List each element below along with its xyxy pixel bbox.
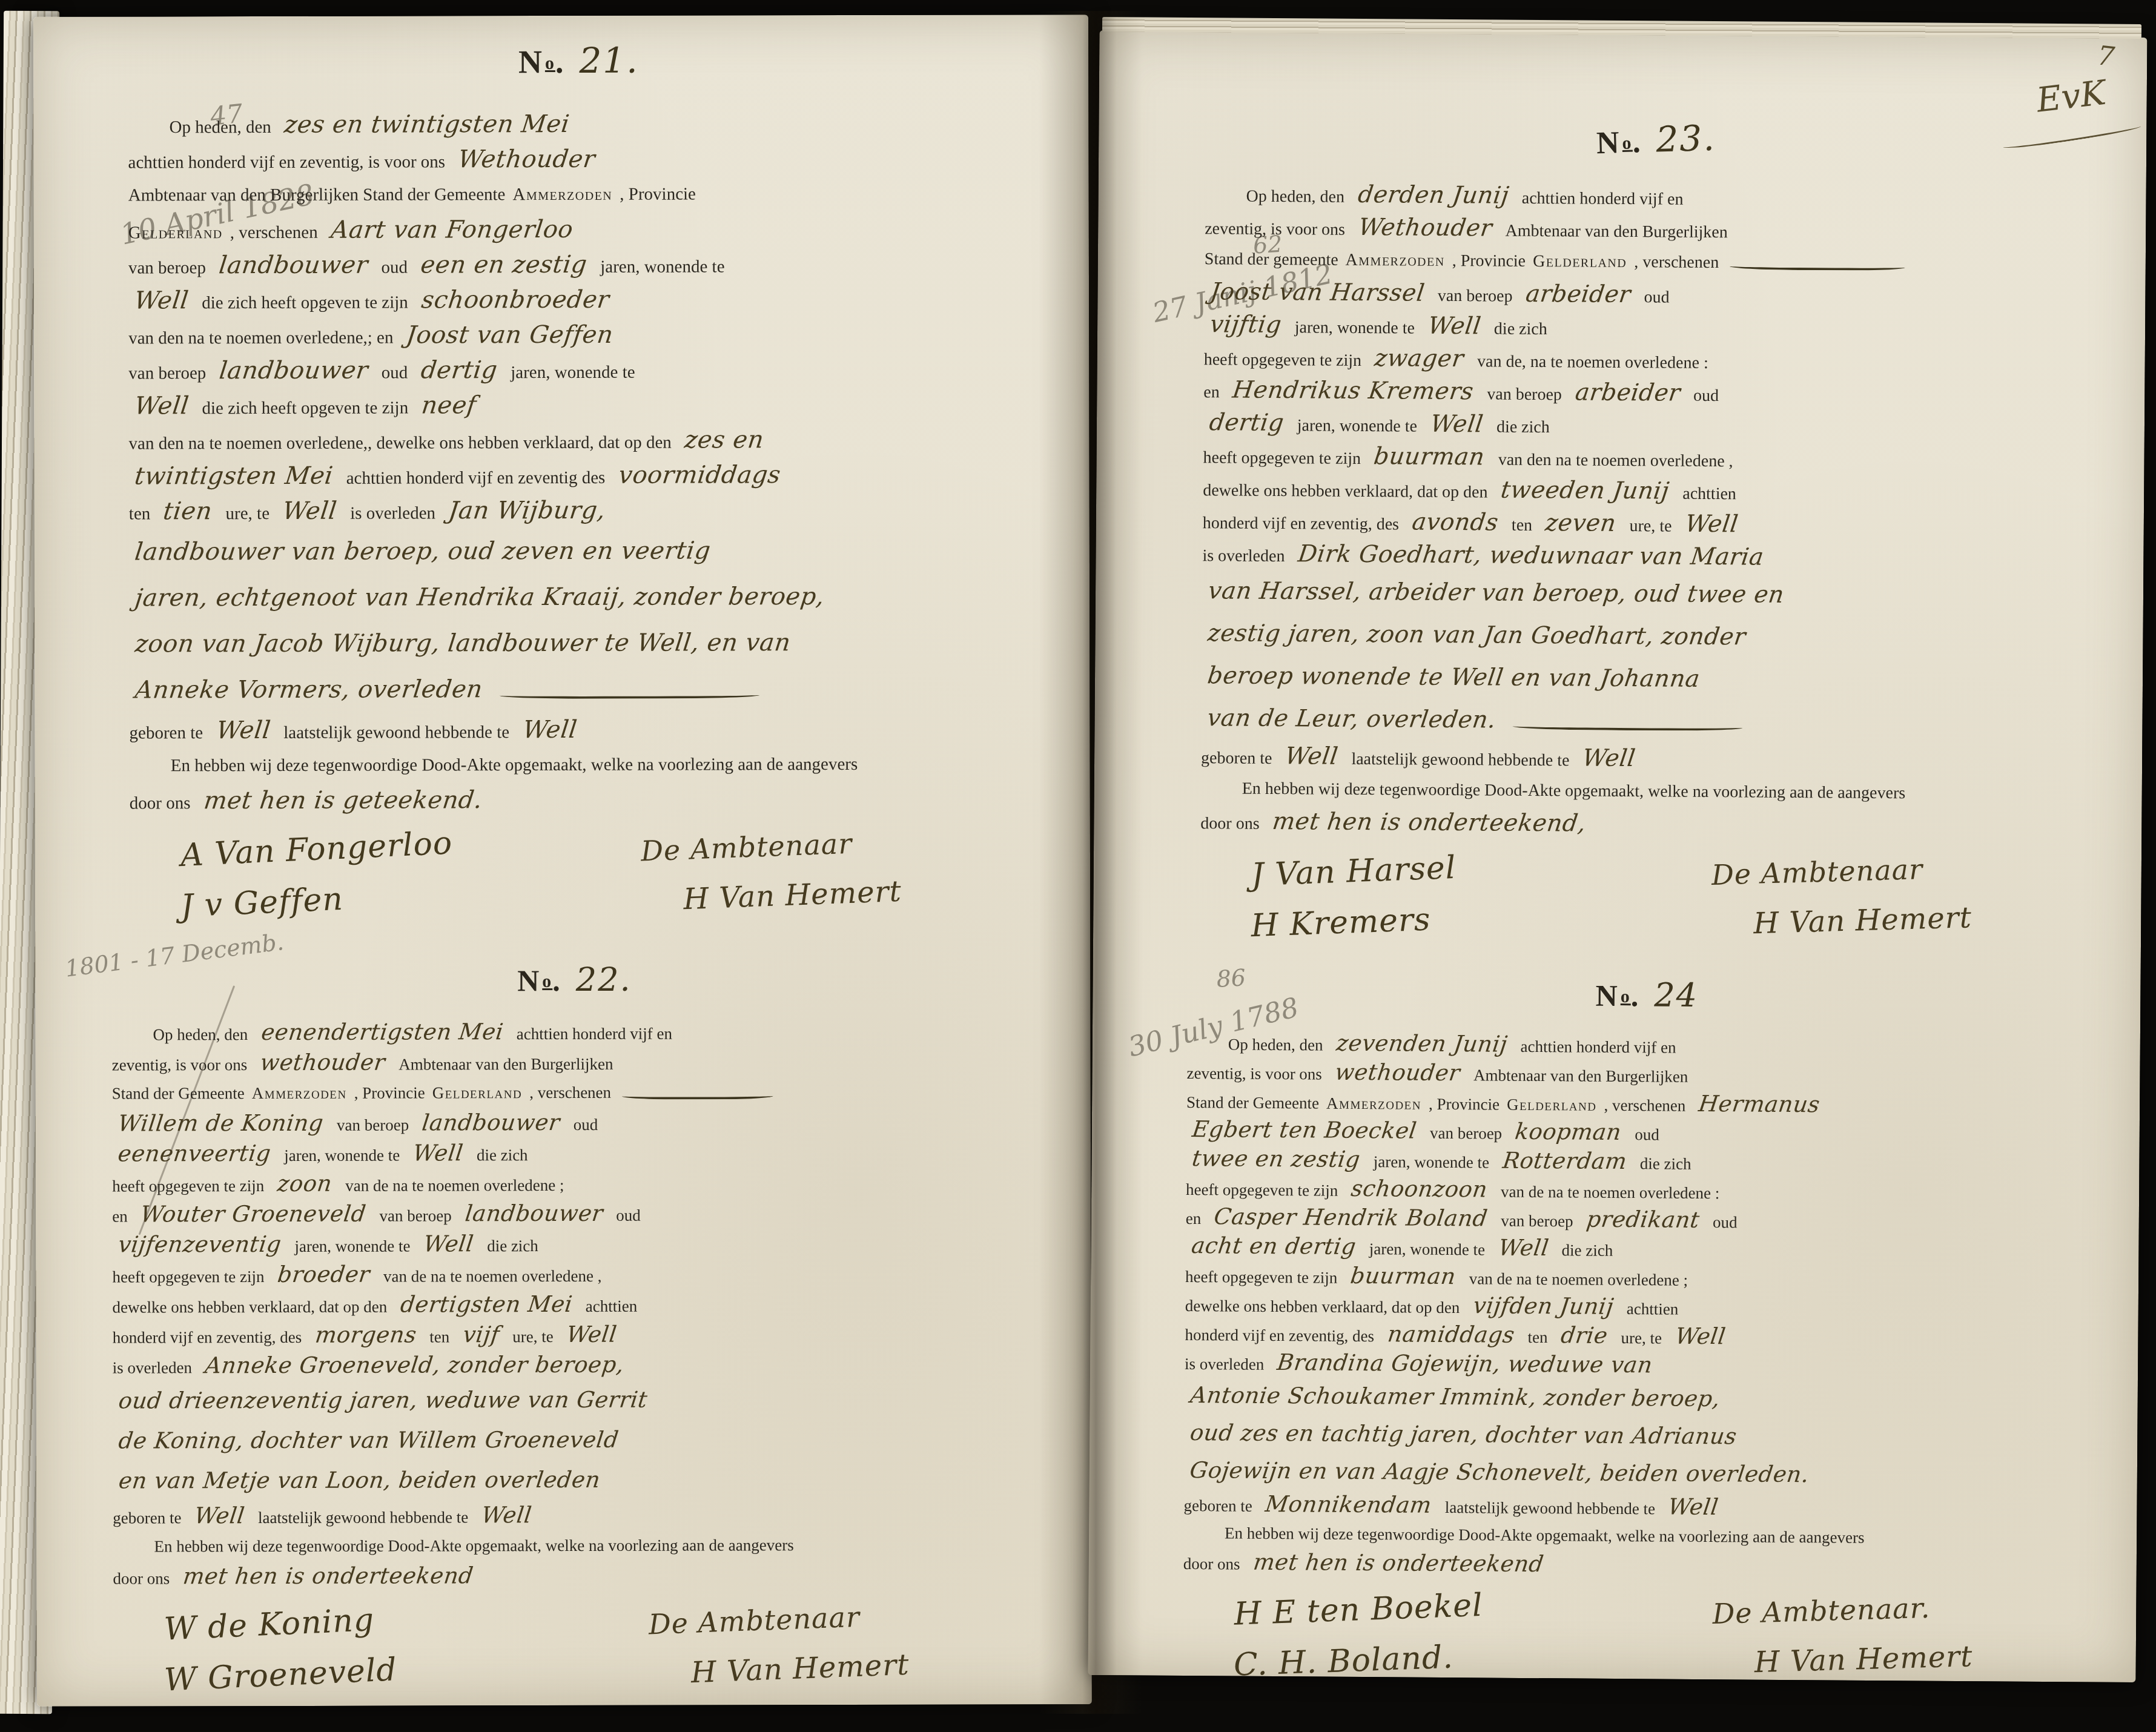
record-line: zeventig, is voor onswethouderAmbtenaar … bbox=[108, 1046, 1041, 1078]
handwritten-text: vijfenzeventig bbox=[116, 1229, 283, 1260]
handwritten-text: avonds bbox=[1410, 506, 1501, 540]
handwritten-text: eenenveertig bbox=[116, 1139, 273, 1169]
record-line: is overledenAnneke Groeneveld, zonder be… bbox=[109, 1349, 1042, 1381]
handwritten-text: Casper Hendrik Boland bbox=[1212, 1202, 1489, 1233]
handwritten-text: een en zestig bbox=[418, 247, 589, 283]
handwritten-text: arbeider bbox=[1573, 377, 1682, 410]
record-line: heeft opgegeven te zijnbroedervan de na … bbox=[108, 1258, 1041, 1290]
record-lines: Op heden, denderden Junijachttien honder… bbox=[1197, 177, 2110, 844]
handwritten-text: zes en twintigsten Mei bbox=[282, 107, 572, 142]
handwritten-text: Hermanus bbox=[1697, 1089, 1822, 1119]
handwritten-text: Well bbox=[1673, 1322, 1727, 1352]
printed-text: Stand der Gemeente bbox=[1186, 1093, 1319, 1112]
printed-text: ure, te bbox=[1621, 1329, 1662, 1347]
right-page: 7 EvK 62 27 Janij 1812 86 30 July 1788 N… bbox=[1088, 30, 2148, 1682]
official-signature: H Van Hemert bbox=[1754, 1636, 2088, 1679]
signature: J Van Harsel bbox=[1251, 840, 1712, 894]
printed-text: Op heden, den bbox=[1228, 1036, 1323, 1054]
handwritten-text: Well bbox=[1426, 310, 1483, 343]
handwritten-text: Well bbox=[1496, 1234, 1550, 1263]
printed-text: ure, te bbox=[1629, 517, 1672, 535]
printed-text: jaren, wonende te bbox=[511, 363, 635, 382]
printed-text: En hebben wij deze tegenwoordige Dood-Ak… bbox=[171, 755, 858, 775]
printed-text: Ambtenaar van den Burgerlijken bbox=[1473, 1066, 1688, 1085]
printed-text: zeventig, is voor ons bbox=[1186, 1064, 1322, 1083]
record-line: Op heden, deneenendertigsten Meiachttien… bbox=[108, 1016, 1041, 1048]
printed-text: Ammerzoden bbox=[1346, 251, 1445, 270]
record-number-dot: . bbox=[555, 44, 565, 80]
printed-text: Stand der gemeente bbox=[1205, 250, 1338, 269]
printed-text: laatstelijk gewoond hebbende te bbox=[1351, 750, 1569, 770]
record-line: van Harssel, arbeider van beroep, oud tw… bbox=[1199, 570, 2107, 618]
record-number-ordinal: o bbox=[1621, 987, 1631, 1006]
printed-text: van de na te noemen overledene : bbox=[1501, 1183, 1720, 1203]
record-line: zestig jaren, zoon van Jan Goedhart, zon… bbox=[1198, 612, 2106, 661]
printed-text: en bbox=[1186, 1209, 1202, 1228]
handwritten-text: Well bbox=[422, 1229, 476, 1259]
printed-text: oud bbox=[382, 363, 408, 383]
handwritten-text: tien bbox=[162, 494, 214, 529]
printed-text: achttien bbox=[586, 1297, 638, 1315]
printed-text: Gelderland bbox=[1507, 1096, 1597, 1114]
record-line: Ambtenaar van den Burgerlijken Stand der… bbox=[125, 176, 1033, 213]
handwritten-text: Well bbox=[214, 713, 273, 748]
printed-text: heeft opgegeven te zijn bbox=[1204, 350, 1362, 370]
handwritten-text: Well bbox=[1429, 408, 1486, 441]
official-signature: H Van Hemert bbox=[690, 1644, 1025, 1690]
printed-text: oud bbox=[1635, 1125, 1659, 1143]
printed-text: ten bbox=[129, 504, 151, 523]
printed-text: van de na te noemen overledene ; bbox=[345, 1176, 564, 1195]
official-signature: H Van Hemert bbox=[1753, 897, 2087, 940]
printed-text: van beroep bbox=[128, 363, 206, 383]
printed-text: ure, te bbox=[512, 1327, 554, 1346]
record-line: Gelderland, verschenenAart van Fongerloo bbox=[125, 211, 1033, 248]
record-22: No. 22. Op heden, deneenendertigsten Mei… bbox=[108, 959, 1042, 1702]
handwritten-text: Well bbox=[1683, 508, 1740, 541]
handwritten-text: Well bbox=[565, 1320, 619, 1350]
printed-text: is overleden bbox=[113, 1358, 192, 1377]
handwritten-text: zwager bbox=[1373, 342, 1466, 375]
printed-text: , Provincie bbox=[1429, 1095, 1500, 1114]
printed-text: heeft opgegeven te zijn bbox=[1186, 1180, 1338, 1200]
record-line: Antonie Schoukamer Immink, zonder beroep… bbox=[1181, 1377, 2108, 1421]
printed-text: zeventig, is voor ons bbox=[1205, 219, 1345, 239]
handwritten-text: met hen is geteekend. bbox=[202, 782, 484, 818]
handwritten-text: tweeden Junij bbox=[1499, 474, 1672, 508]
handwritten-text: predikant bbox=[1585, 1205, 1702, 1235]
printed-text: die zich bbox=[477, 1146, 528, 1164]
record-number-prefix: N bbox=[1596, 125, 1621, 160]
handwritten-text: landbouwer bbox=[217, 353, 370, 389]
printed-text: En hebben wij deze tegenwoordige Dood-Ak… bbox=[154, 1536, 793, 1555]
record-signatures-left: W de KoningW Groeneveld bbox=[128, 1599, 649, 1703]
record-line: oud zes en tachtig jaren, dochter van Ad… bbox=[1180, 1414, 2107, 1458]
record-line: van de Leur, overleden. bbox=[1197, 697, 2106, 745]
handwritten-text: Dirk Goedhart, weduwnaar van Maria bbox=[1296, 538, 1766, 573]
handwritten-text: voormiddags bbox=[617, 457, 782, 493]
handwritten-text: landbouwer bbox=[217, 248, 369, 283]
printed-text: achttien honderd vijf en zeventig des bbox=[346, 468, 606, 488]
handwritten-text: Joost van Harssel bbox=[1208, 276, 1426, 309]
handwritten-text: namiddags bbox=[1386, 1320, 1516, 1349]
printed-text: die zich bbox=[1496, 418, 1550, 437]
record-signatures-left: J Van HarselH Kremers bbox=[1214, 846, 1711, 952]
record-line: En hebben wij deze tegenwoordige Dood-Ak… bbox=[126, 746, 1034, 783]
inked-rule bbox=[1513, 721, 1743, 732]
handwritten-text: buurman bbox=[1372, 440, 1487, 474]
handwritten-text: zoon van Jacob Wijburg, landbouwer te We… bbox=[133, 620, 793, 667]
handwritten-text: twee en zestig bbox=[1190, 1144, 1362, 1174]
handwritten-text: landbouwer bbox=[420, 1108, 561, 1138]
printed-text: die zich bbox=[487, 1237, 538, 1255]
printed-text: achttien honderd vijf en zeventig, is vo… bbox=[128, 152, 446, 172]
handwritten-text: wethouder bbox=[259, 1048, 387, 1078]
record-number-prefix: N bbox=[1596, 979, 1619, 1013]
record-signature-block: H E ten BoekelC. H. Boland. De Ambtenaar… bbox=[1179, 1585, 2106, 1693]
handwritten-text: beroep wonende te Well en van Johanna bbox=[1205, 655, 1703, 701]
printed-text: van de, na te noemen overledene : bbox=[1477, 352, 1708, 372]
printed-text: Op heden, den bbox=[1246, 187, 1344, 207]
printed-text: Gelderland bbox=[128, 223, 223, 242]
record-lines: Op heden, denzevenden Junijachttien hond… bbox=[1180, 1028, 2110, 1583]
printed-text: ten bbox=[1512, 516, 1532, 535]
record-line: heeft opgegeven te zijnzoonvan de na te … bbox=[108, 1167, 1041, 1199]
printed-text: die zich heeft opgeven te zijn bbox=[202, 293, 408, 313]
printed-text: door ons bbox=[1200, 814, 1259, 833]
printed-text: en bbox=[112, 1208, 128, 1226]
handwritten-text: Jan Wijburg, bbox=[447, 493, 608, 529]
signature: C. H. Boland. bbox=[1233, 1629, 1713, 1684]
record-line: tentienure, teWellis overledenJan Wijbur… bbox=[125, 492, 1034, 529]
handwritten-text: dertig bbox=[419, 352, 500, 388]
printed-text: achttien bbox=[1627, 1300, 1679, 1318]
record-signatures-right: De Ambtenaar H Van Hemert bbox=[641, 825, 1016, 928]
printed-text: achttien honderd vijf en bbox=[1522, 189, 1684, 209]
handwritten-text: Anneke Vormers, overleden bbox=[133, 666, 485, 713]
printed-text: jaren, wonende te bbox=[1369, 1240, 1485, 1258]
record-line: Gojewijn en van Aagje Schonevelt, beiden… bbox=[1180, 1452, 2107, 1496]
printed-text: dewelke ons hebben verklaard, dat op den bbox=[1185, 1297, 1460, 1317]
printed-text: die zich bbox=[1561, 1241, 1613, 1260]
handwritten-text: Willem de Koning bbox=[116, 1108, 325, 1139]
record-line: eenenveertigjaren, wonende teWelldie zic… bbox=[108, 1137, 1041, 1169]
record-line: enWouter Groeneveldvan beroeplandbouwero… bbox=[108, 1197, 1041, 1229]
record-23: No. 23. Op heden, denderden Junijachttie… bbox=[1196, 116, 2111, 954]
printed-text: van de na te noemen overledene ; bbox=[1469, 1269, 1688, 1289]
record-number-value: 23. bbox=[1655, 117, 1716, 160]
printed-text: is overleden bbox=[1185, 1355, 1264, 1373]
record-line: door onsmet hen is geteekend. bbox=[126, 781, 1034, 818]
printed-text: ten bbox=[1527, 1328, 1547, 1346]
record-line: van den na te noemen overledene,; enJoos… bbox=[125, 316, 1033, 353]
printed-text: Ammerzoden bbox=[512, 185, 612, 204]
printed-text: Ambtenaar van den Burgerlijken Stand der… bbox=[128, 185, 506, 205]
printed-text: laatstelijk gewoond hebbende te bbox=[258, 1508, 468, 1527]
record-line: jaren, echtgenoot van Hendrika Kraaij, z… bbox=[125, 573, 1034, 621]
printed-text: jaren, wonende te bbox=[1374, 1152, 1489, 1171]
record-signature-block: W de KoningW Groeneveld De Ambtenaar H V… bbox=[110, 1598, 1042, 1702]
handwritten-text: schoonbroeder bbox=[419, 282, 611, 318]
printed-text: achttien bbox=[1682, 484, 1736, 504]
printed-text: , verschenen bbox=[230, 223, 318, 242]
printed-text: honderd vijf en zeventig, des bbox=[1203, 514, 1399, 534]
printed-text: achttien honderd vijf en bbox=[1520, 1037, 1676, 1057]
handwritten-text: van de Leur, overleden. bbox=[1205, 697, 1498, 741]
record-line: oud drieenzeventig jaren, weduwe van Ger… bbox=[109, 1379, 1042, 1421]
record-signatures-left: A Van FongerlooJ v Geffen bbox=[144, 826, 641, 929]
printed-text: oud bbox=[381, 258, 408, 277]
record-line: van beroeplandbouwerouddertigjaren, wone… bbox=[125, 351, 1033, 388]
handwritten-text: met hen is onderteekend, bbox=[1271, 805, 1588, 841]
handwritten-text: Well bbox=[1667, 1493, 1721, 1522]
record-signatures-right: De Ambtenaar H Van Hemert bbox=[1711, 850, 2087, 954]
printed-text: geboren te bbox=[130, 723, 203, 742]
signature: W Groeneveld bbox=[164, 1640, 649, 1700]
printed-text: geboren te bbox=[1183, 1496, 1252, 1515]
handwritten-text: Antonie Schoukamer Immink, zonder beroep… bbox=[1188, 1377, 1722, 1418]
record-line: Welldie zich heeft opgeven te zijnneef bbox=[125, 386, 1033, 423]
printed-text: is overleden bbox=[1202, 546, 1285, 566]
official-title: De Ambtenaar bbox=[1711, 848, 2087, 891]
printed-text: jaren, wonende te bbox=[1295, 318, 1415, 337]
handwritten-text: neef bbox=[420, 388, 478, 423]
record-number-value: 22. bbox=[576, 960, 632, 999]
printed-text: van beroep bbox=[1430, 1124, 1502, 1143]
record-number-heading: No. 21. bbox=[124, 39, 1033, 82]
printed-text: van de na te noemen overledene , bbox=[383, 1267, 602, 1286]
printed-text: van den na te noemen overledene,, dewelk… bbox=[129, 433, 672, 454]
printed-text: van den na te noemen overledene,; en bbox=[128, 328, 393, 348]
handwritten-text: de Koning, dochter van Willem Groeneveld bbox=[116, 1420, 621, 1461]
printed-text: , verschenen bbox=[529, 1083, 611, 1102]
printed-text: Gelderland bbox=[432, 1083, 523, 1102]
handwritten-text: met hen is onderteekend bbox=[1251, 1548, 1545, 1579]
record-line: Anneke Vormers, overleden bbox=[125, 665, 1034, 713]
handwritten-text: zevenden Junij bbox=[1334, 1029, 1509, 1059]
handwritten-text: Well bbox=[521, 712, 579, 747]
record-number-dot: . bbox=[1631, 979, 1640, 1013]
signature: W de Koning bbox=[164, 1588, 649, 1648]
handwritten-text: morgens bbox=[313, 1320, 418, 1350]
record-number-ordinal: o bbox=[542, 971, 552, 991]
record-signature-block: A Van FongerlooJ v Geffen De Ambtenaar H… bbox=[126, 825, 1034, 929]
printed-text: Ammerzoden bbox=[1326, 1094, 1421, 1113]
handwritten-text: zoon bbox=[276, 1169, 334, 1199]
official-signature: H Van Hemert bbox=[683, 870, 1017, 916]
record-number-prefix: N bbox=[517, 964, 540, 997]
printed-text: En hebben wij deze tegenwoordige Dood-Ak… bbox=[1242, 779, 1906, 803]
record-number-heading: No. 24 bbox=[1183, 973, 2110, 1017]
handwritten-text: derden Junij bbox=[1356, 179, 1511, 213]
record-signatures-right: De Ambtenaar. H Van Hemert bbox=[1711, 1588, 2088, 1693]
printed-text: is overleden bbox=[350, 503, 435, 523]
handwritten-text: oud zes en tachtig jaren, dochter van Ad… bbox=[1188, 1414, 1739, 1455]
official-title: De Ambtenaar bbox=[640, 821, 1017, 868]
record-signatures-left: H E ten BoekelC. H. Boland. bbox=[1197, 1585, 1712, 1691]
printed-text: door ons bbox=[1183, 1555, 1240, 1573]
handwritten-text: schoonzoon bbox=[1349, 1174, 1489, 1205]
printed-text: die zich bbox=[1640, 1154, 1691, 1173]
handwritten-text: zeven bbox=[1544, 507, 1618, 540]
handwritten-text: acht en dertig bbox=[1189, 1231, 1358, 1261]
handwritten-text: broeder bbox=[276, 1260, 372, 1290]
handwritten-text: met hen is onderteekend bbox=[181, 1561, 475, 1592]
record-24: No. 24 Op heden, denzevenden Junijachtti… bbox=[1179, 973, 2110, 1693]
page-number: 7 bbox=[2095, 40, 2116, 73]
printed-text: , Provincie bbox=[354, 1083, 425, 1102]
record-number-heading: No. 22. bbox=[108, 959, 1040, 999]
handwritten-text: vijf bbox=[461, 1320, 501, 1350]
record-line: en van Metje van Loon, beiden overleden bbox=[109, 1459, 1042, 1501]
record-lines: Op heden, denzes en twintigsten Meiachtt… bbox=[124, 105, 1034, 818]
printed-text: van beroep bbox=[128, 258, 206, 277]
record-line: honderd vijf en zeventig, desmorgenstenv… bbox=[109, 1318, 1042, 1350]
handwritten-text: buurman bbox=[1349, 1261, 1458, 1291]
handwritten-text: Joost van Geffen bbox=[405, 317, 615, 353]
printed-text: die zich bbox=[1494, 320, 1547, 339]
printed-text: jaren, wonende te bbox=[600, 257, 724, 276]
record-line: dewelke ons hebben verklaard, dat op den… bbox=[108, 1288, 1041, 1320]
printed-text: ure, te bbox=[226, 504, 270, 523]
printed-text: dewelke ons hebben verklaard, dat op den bbox=[113, 1298, 388, 1317]
printed-text: oud bbox=[1644, 288, 1670, 306]
handwritten-text: Well bbox=[193, 1501, 246, 1531]
printed-text: van den na te noemen overledene , bbox=[1498, 451, 1733, 471]
handwritten-text: oud drieenzeventig jaren, weduwe van Ger… bbox=[116, 1380, 650, 1421]
official-title: De Ambtenaar bbox=[648, 1595, 1025, 1641]
printed-text: honderd vijf en zeventig, des bbox=[1185, 1326, 1374, 1345]
printed-text: laatstelijk gewoond hebbende te bbox=[1445, 1498, 1655, 1518]
record-line: door onsmet hen is onderteekend bbox=[1180, 1547, 2106, 1583]
handwritten-text: Wethouder bbox=[1356, 211, 1494, 245]
left-page: 47 10 April 1828 1801 - 17 Decemb. No. 2… bbox=[33, 15, 1092, 1707]
record-line: beroep wonende te Well en van Johanna bbox=[1198, 655, 2106, 703]
inked-rule bbox=[622, 1091, 773, 1100]
record-signatures-right: De Ambtenaar H Van Hemert bbox=[649, 1598, 1024, 1701]
printed-text: oud bbox=[616, 1206, 641, 1225]
official-title: De Ambtenaar. bbox=[1712, 1587, 2088, 1630]
printed-text: van beroep bbox=[1501, 1212, 1573, 1231]
printed-text: door ons bbox=[130, 793, 191, 813]
printed-text: ten bbox=[429, 1327, 449, 1346]
handwritten-text: en van Metje van Loon, beiden overleden bbox=[116, 1460, 603, 1501]
record-line: door onsmet hen is onderteekend, bbox=[1197, 805, 2105, 844]
handwritten-text: landbouwer van beroep, oud zeven en veer… bbox=[132, 527, 713, 575]
record-number-heading: No. 23. bbox=[1202, 106, 2111, 173]
printed-text: jaren, wonende te bbox=[294, 1237, 410, 1255]
printed-text: oud bbox=[1693, 386, 1719, 405]
handwritten-text: eenendertigsten Mei bbox=[259, 1017, 505, 1048]
record-lines: Op heden, deneenendertigsten Meiachttien… bbox=[108, 1016, 1042, 1592]
record-number-dot: . bbox=[1632, 125, 1642, 159]
record-line: Welldie zich heeft opgeven te zijnschoon… bbox=[125, 281, 1033, 318]
printed-text: heeft opgegeven te zijn bbox=[112, 1177, 264, 1195]
printed-text: , Provincie bbox=[620, 185, 696, 204]
printed-text: heeft opgegeven te zijn bbox=[112, 1268, 264, 1286]
record-number-prefix: N bbox=[518, 44, 543, 80]
record-line: enHendrikus Kremersvan beroeparbeideroud bbox=[1200, 374, 2108, 412]
printed-text: zeventig, is voor ons bbox=[112, 1056, 248, 1074]
printed-text: Ammerzoden bbox=[252, 1084, 347, 1102]
printed-text: Gelderland bbox=[1533, 252, 1627, 271]
printed-text: heeft opgegeven te zijn bbox=[1185, 1268, 1337, 1287]
printed-text: jaren, wonende te bbox=[284, 1146, 400, 1165]
printed-text: En hebben wij deze tegenwoordige Dood-Ak… bbox=[1225, 1524, 1865, 1546]
handwritten-text: Wouter Groeneveld bbox=[139, 1199, 368, 1230]
printed-text: oud bbox=[1713, 1213, 1738, 1231]
record-line: geboren teWelllaatstelijk gewoond hebben… bbox=[1197, 739, 2106, 778]
record-line: twintigsten Meiachttien honderd vijf en … bbox=[125, 457, 1034, 494]
printed-text: Stand der Gemeente bbox=[112, 1084, 245, 1102]
handwritten-text: dertigsten Mei bbox=[398, 1289, 574, 1320]
handwritten-text: vijftig bbox=[1208, 308, 1284, 342]
record-number-dot: . bbox=[552, 964, 561, 997]
record-number-ordinal: o bbox=[545, 53, 555, 73]
handwritten-text: Anneke Groeneveld, zonder beroep, bbox=[203, 1350, 626, 1381]
record-line: Willem de Koningvan beroeplandbouweroud bbox=[108, 1106, 1041, 1139]
handwritten-text: wethouder bbox=[1334, 1058, 1462, 1088]
record-line: zoon van Jacob Wijburg, landbouwer te We… bbox=[125, 619, 1034, 667]
record-line: geboren teWelllaatstelijk gewoond hebben… bbox=[125, 711, 1034, 748]
handwritten-text: koopman bbox=[1513, 1117, 1623, 1147]
handwritten-text: Wethouder bbox=[457, 142, 598, 177]
record-number-value: 24 bbox=[1654, 976, 1698, 1014]
handwritten-text: jaren, echtgenoot van Hendrika Kraaij, z… bbox=[133, 573, 827, 621]
printed-text: laatstelijk gewoond hebbende te bbox=[283, 722, 509, 742]
handwritten-text: Egbert ten Boeckel bbox=[1191, 1115, 1418, 1146]
printed-text: van beroep bbox=[379, 1206, 451, 1225]
handwritten-text: Brandina Gojewijn, weduwe van bbox=[1275, 1348, 1654, 1380]
handwritten-text: dertig bbox=[1207, 406, 1286, 440]
record-line: van den na te noemen overledene,, dewelk… bbox=[125, 421, 1033, 458]
printed-text: heeft opgegeven te zijn bbox=[1203, 448, 1361, 468]
printed-text: geboren te bbox=[1201, 749, 1272, 768]
printed-text: , Provincie bbox=[1452, 251, 1526, 271]
handwritten-text: Well bbox=[1283, 740, 1340, 773]
printed-text: van beroep bbox=[337, 1116, 409, 1134]
printed-text: jaren, wonende te bbox=[1297, 416, 1417, 435]
signature: H Kremers bbox=[1250, 891, 1711, 945]
handwritten-text: Well bbox=[480, 1500, 534, 1530]
handwritten-text: Monnikendam bbox=[1264, 1490, 1433, 1520]
printed-text: geboren te bbox=[113, 1509, 181, 1527]
printed-text: Ambtenaar van den Burgerlijken bbox=[1505, 222, 1727, 242]
handwritten-text: vijfden Junij bbox=[1471, 1291, 1615, 1321]
handwritten-text: Aart van Fongerloo bbox=[329, 212, 575, 248]
record-line: landbouwer van beroep, oud zeven en veer… bbox=[125, 527, 1034, 575]
record-line: vijfenzeventigjaren, wonende teWelldie z… bbox=[108, 1228, 1041, 1260]
record-number-value: 21. bbox=[579, 40, 638, 81]
printed-text: Op heden, den bbox=[169, 117, 271, 137]
record-line: van beroeplandbouweroudeen en zestigjare… bbox=[125, 246, 1033, 283]
printed-text: van beroep bbox=[1487, 385, 1562, 404]
handwritten-text: drie bbox=[1559, 1321, 1609, 1350]
record-line: Joost van Harsselvan beroeparbeideroud bbox=[1200, 276, 2109, 314]
handwritten-text: Hendrikus Kremers bbox=[1231, 374, 1476, 409]
handwritten-text: van Harssel, arbeider van beroep, oud tw… bbox=[1205, 570, 1787, 616]
record-number-ordinal: o bbox=[1622, 133, 1633, 153]
record-21: No. 21. Op heden, denzes en twintigsten … bbox=[124, 39, 1034, 929]
handwritten-text: arbeider bbox=[1524, 278, 1633, 311]
handwritten-text: Gojewijn en van Aagje Schonevelt, beiden… bbox=[1188, 1452, 1811, 1493]
handwritten-text: Well bbox=[133, 283, 191, 318]
printed-text: dewelke ons hebben verklaard, dat op den bbox=[1203, 481, 1488, 501]
handwritten-text: Well bbox=[133, 388, 191, 423]
handwritten-text: zestig jaren, zoon van Jan Goedhart, zon… bbox=[1205, 612, 1748, 658]
handwritten-text: Well bbox=[1581, 742, 1638, 776]
printed-text: honderd vijf en zeventig, des bbox=[113, 1328, 302, 1347]
